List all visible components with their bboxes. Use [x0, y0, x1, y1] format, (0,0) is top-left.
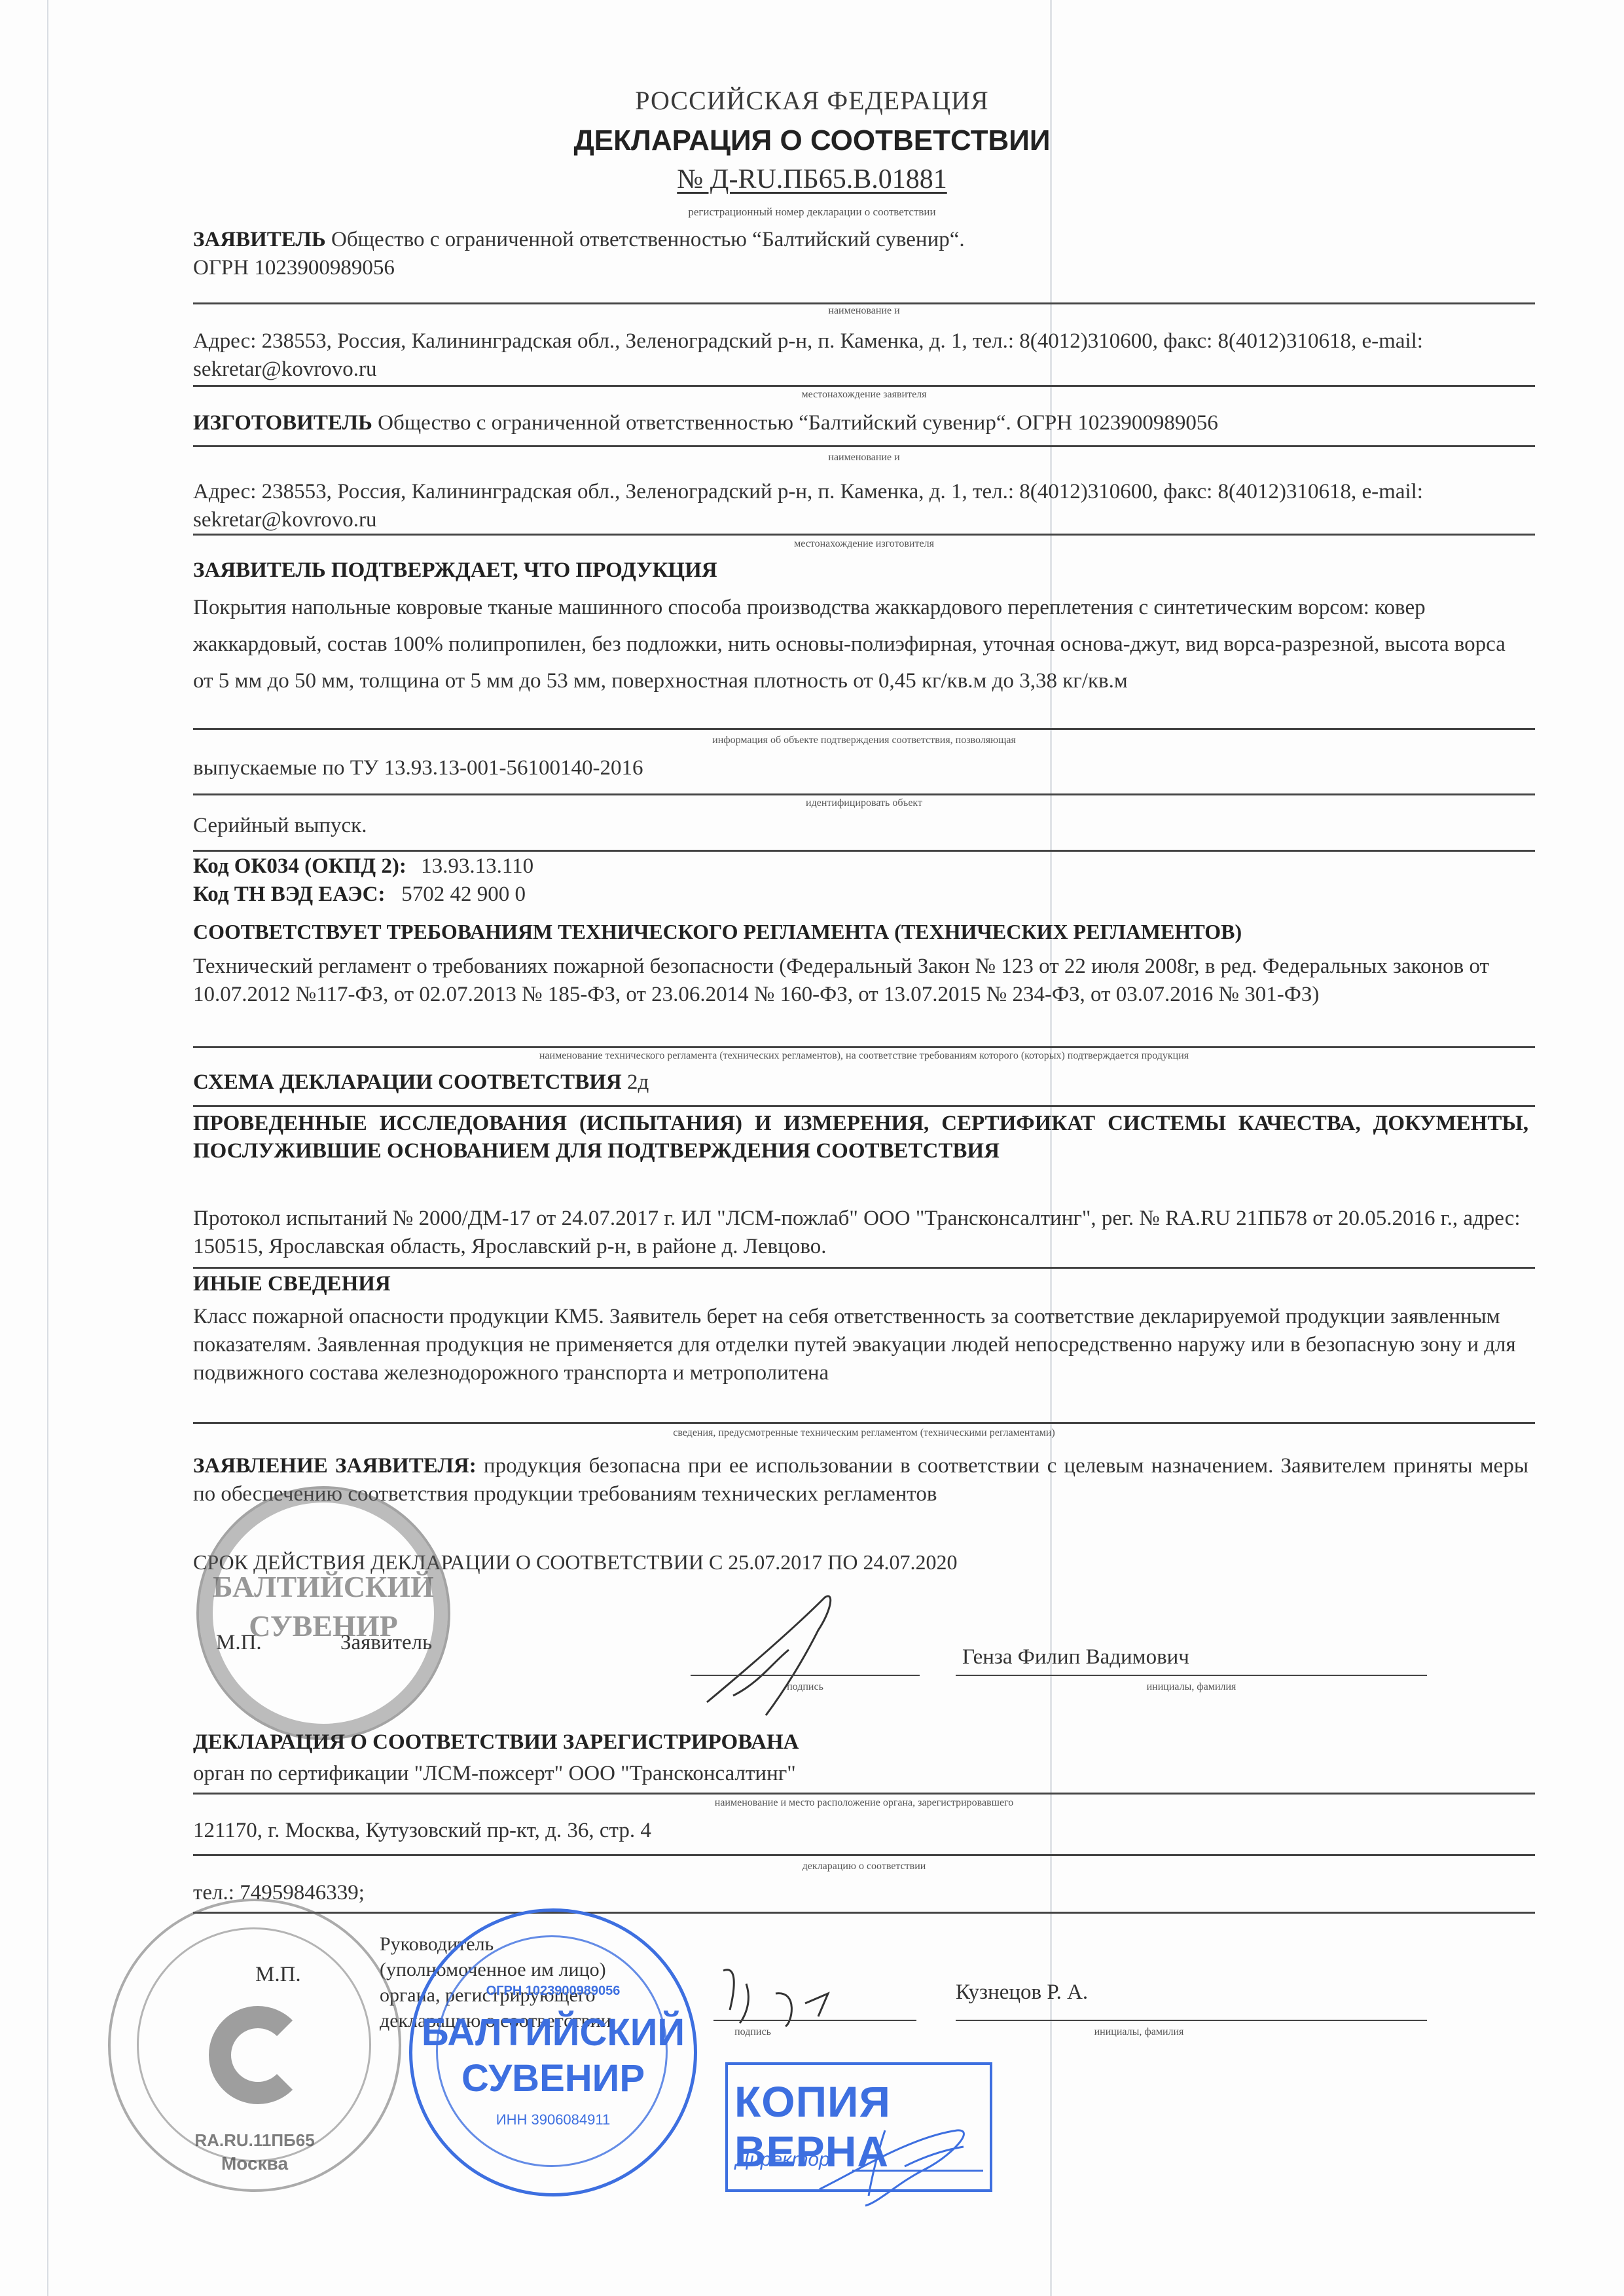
divider [193, 1854, 1535, 1856]
product-description: Покрытия напольные ковровые тканые машин… [193, 589, 1528, 699]
divider [193, 1422, 1535, 1424]
applicant-section: ЗАЯВИТЕЛЬ Общество с ограниченной ответс… [193, 226, 1528, 282]
blue-stamp-ogrn: ОГРН 1023900989056 [412, 1984, 694, 1999]
registrar-signer-name: Кузнецов Р. А. [956, 1978, 1283, 2007]
certbody-city: Москва [111, 2153, 399, 2174]
manufacturer-name-caption: наименование и [193, 452, 1535, 464]
manufacturer-name: Общество с ограниченной ответственностью… [378, 411, 1218, 435]
applicant-name: Общество с ограниченной ответственностью… [331, 228, 965, 251]
gray-stamp-line1: БАЛТИЙСКИЙ [199, 1567, 448, 1607]
divider [193, 302, 1535, 304]
tnved-value: 5702 42 900 0 [401, 883, 526, 906]
divider [193, 1046, 1535, 1048]
divider [193, 385, 1535, 387]
signature-line [691, 1675, 920, 1676]
regulation-text: Технический регламент о требованиях пожа… [193, 953, 1528, 1009]
registrar-signature [713, 1958, 936, 2030]
other-heading: ИНЫЕ СВЕДЕНИЯ [193, 1270, 1528, 1298]
blue-stamp-line2: СУВЕНИР [412, 2056, 694, 2102]
regulation-caption: наименование технического регламента (те… [193, 1050, 1535, 1062]
copy-stamp-signature [806, 2111, 977, 2209]
applicant-ogrn: ОГРН 1023900989056 [193, 256, 395, 280]
signature-line [713, 2020, 916, 2021]
other-caption: сведения, предусмотренные техническим ре… [193, 1427, 1535, 1439]
manufacturer-address-caption: местонахождение изготовителя [193, 538, 1535, 550]
name-line [956, 1675, 1427, 1676]
regulation-heading: СООТВЕТСТВУЕТ ТРЕБОВАНИЯМ ТЕХНИЧЕСКОГО Р… [193, 918, 1528, 946]
applicant-label: ЗАЯВИТЕЛЬ [193, 228, 326, 251]
divider [193, 1267, 1535, 1269]
registration-heading: ДЕКЛАРАЦИЯ О СООТВЕТСТВИИ ЗАРЕГИСТРИРОВА… [193, 1728, 1528, 1757]
divider [193, 793, 1535, 795]
country-name: РОССИЙСКАЯ ФЕДЕРАЦИЯ [0, 85, 1624, 116]
applicant-gray-stamp: БАЛТИЙСКИЙ СУВЕНИР [196, 1486, 450, 1740]
product-description-caption: информация об объекте подтверждения соот… [193, 735, 1535, 746]
registration-address-caption: декларацию о соответствии [193, 1861, 1535, 1872]
okpd-value: 13.93.13.110 [421, 854, 533, 878]
str-logo-icon [209, 2006, 307, 2104]
tnved-label: Код ТН ВЭД ЕАЭС: [193, 881, 396, 909]
product-spec: выпускаемые по ТУ 13.93.13-001-56100140-… [193, 754, 1528, 782]
product-codes: Код ОК034 (ОКПД 2): 13.93.13.110 Код ТН … [193, 852, 1528, 909]
scheme-label: СХЕМА ДЕКЛАРАЦИИ СООТВЕТСТВИЯ [193, 1070, 622, 1094]
divider [193, 1105, 1535, 1107]
divider [193, 850, 1535, 852]
registration-body: орган по сертификации "ЛСМ-пожсерт" ООО … [193, 1760, 1528, 1788]
applicant-signature-caption: подпись [691, 1681, 920, 1693]
document-title: ДЕКЛАРАЦИЯ О СООТВЕТСТВИИ [0, 124, 1624, 157]
applicant-name-caption: наименование и [193, 305, 1535, 317]
manufacturer-address: Адрес: 238553, Россия, Калининградская о… [193, 478, 1528, 534]
registrar-signature-caption: подпись [713, 2026, 792, 2038]
scheme-section: СХЕМА ДЕКЛАРАЦИИ СООТВЕТСТВИЯ 2д [193, 1068, 1528, 1097]
okpd-label: Код ОК034 (ОКПД 2): [193, 854, 406, 878]
blue-stamp-inn: ИНН 3906084911 [412, 2111, 694, 2128]
product-spec-caption: идентифицировать объект [193, 797, 1535, 809]
divider [193, 1793, 1535, 1795]
applicant-address-caption: местонахождение заявителя [193, 389, 1535, 401]
statement-section: ЗАЯВЛЕНИЕ ЗАЯВИТЕЛЯ: продукция безопасна… [193, 1452, 1528, 1508]
applicant-address: Адрес: 238553, Россия, Калининградская о… [193, 327, 1528, 384]
divider [193, 1912, 1535, 1914]
divider [193, 534, 1535, 536]
statement-label: ЗАЯВЛЕНИЕ ЗАЯВИТЕЛЯ: [193, 1454, 477, 1478]
research-heading: ПРОВЕДЕННЫЕ ИССЛЕДОВАНИЯ (ИСПЫТАНИЯ) И И… [193, 1110, 1528, 1165]
scheme-value: 2д [627, 1070, 649, 1094]
divider [193, 445, 1535, 447]
other-text: Класс пожарной опасности продукции КМ5. … [193, 1303, 1528, 1387]
registration-phone: тел.: 74959846339; [193, 1879, 1528, 1907]
applicant-signature [694, 1591, 890, 1722]
manufacturer-section: ИЗГОТОВИТЕЛЬ Общество с ограниченной отв… [193, 409, 1528, 437]
blue-company-stamp: ОГРН 1023900989056 БАЛТИЙСКИЙ СУВЕНИР ИН… [409, 1908, 697, 2196]
research-text: Протокол испытаний № 2000/ДМ-17 от 24.07… [193, 1205, 1528, 1261]
gray-stamp-line2: СУВЕНИР [199, 1607, 448, 1646]
manufacturer-label: ИЗГОТОВИТЕЛЬ [193, 411, 372, 435]
declaration-page: РОССИЙСКАЯ ФЕДЕРАЦИЯ ДЕКЛАРАЦИЯ О СООТВЕ… [0, 0, 1624, 2296]
product-heading: ЗАЯВИТЕЛЬ ПОДТВЕРЖДАЕТ, ЧТО ПРОДУКЦИЯ [193, 556, 1528, 585]
divider [193, 728, 1535, 730]
registration-body-caption: наименование и место расположение органа… [193, 1797, 1535, 1809]
registrar-name-caption: инициалы, фамилия [956, 2026, 1322, 2038]
certbody-reg: RA.RU.11ПБ65 [111, 2130, 399, 2151]
copy-certified-stamp: КОПИЯ ВЕРНА Директор [725, 2062, 992, 2192]
product-release: Серийный выпуск. [193, 812, 1528, 840]
name-line [956, 2020, 1427, 2021]
registration-address: 121170, г. Москва, Кутузовский пр-кт, д.… [193, 1817, 1528, 1845]
scan-edge-line [47, 0, 48, 2296]
applicant-signer-name: Генза Филип Вадимович [962, 1643, 1420, 1671]
blue-stamp-line1: БАЛТИЙСКИЙ [412, 2010, 694, 2056]
registration-number-caption: регистрационный номер декларации о соотв… [0, 206, 1624, 219]
registration-number: № Д-RU.ПБ65.В.01881 [0, 164, 1624, 195]
applicant-name-caption-2: инициалы, фамилия [956, 1681, 1427, 1693]
certbody-gray-stamp: RA.RU.11ПБ65 Москва [108, 1899, 401, 2192]
